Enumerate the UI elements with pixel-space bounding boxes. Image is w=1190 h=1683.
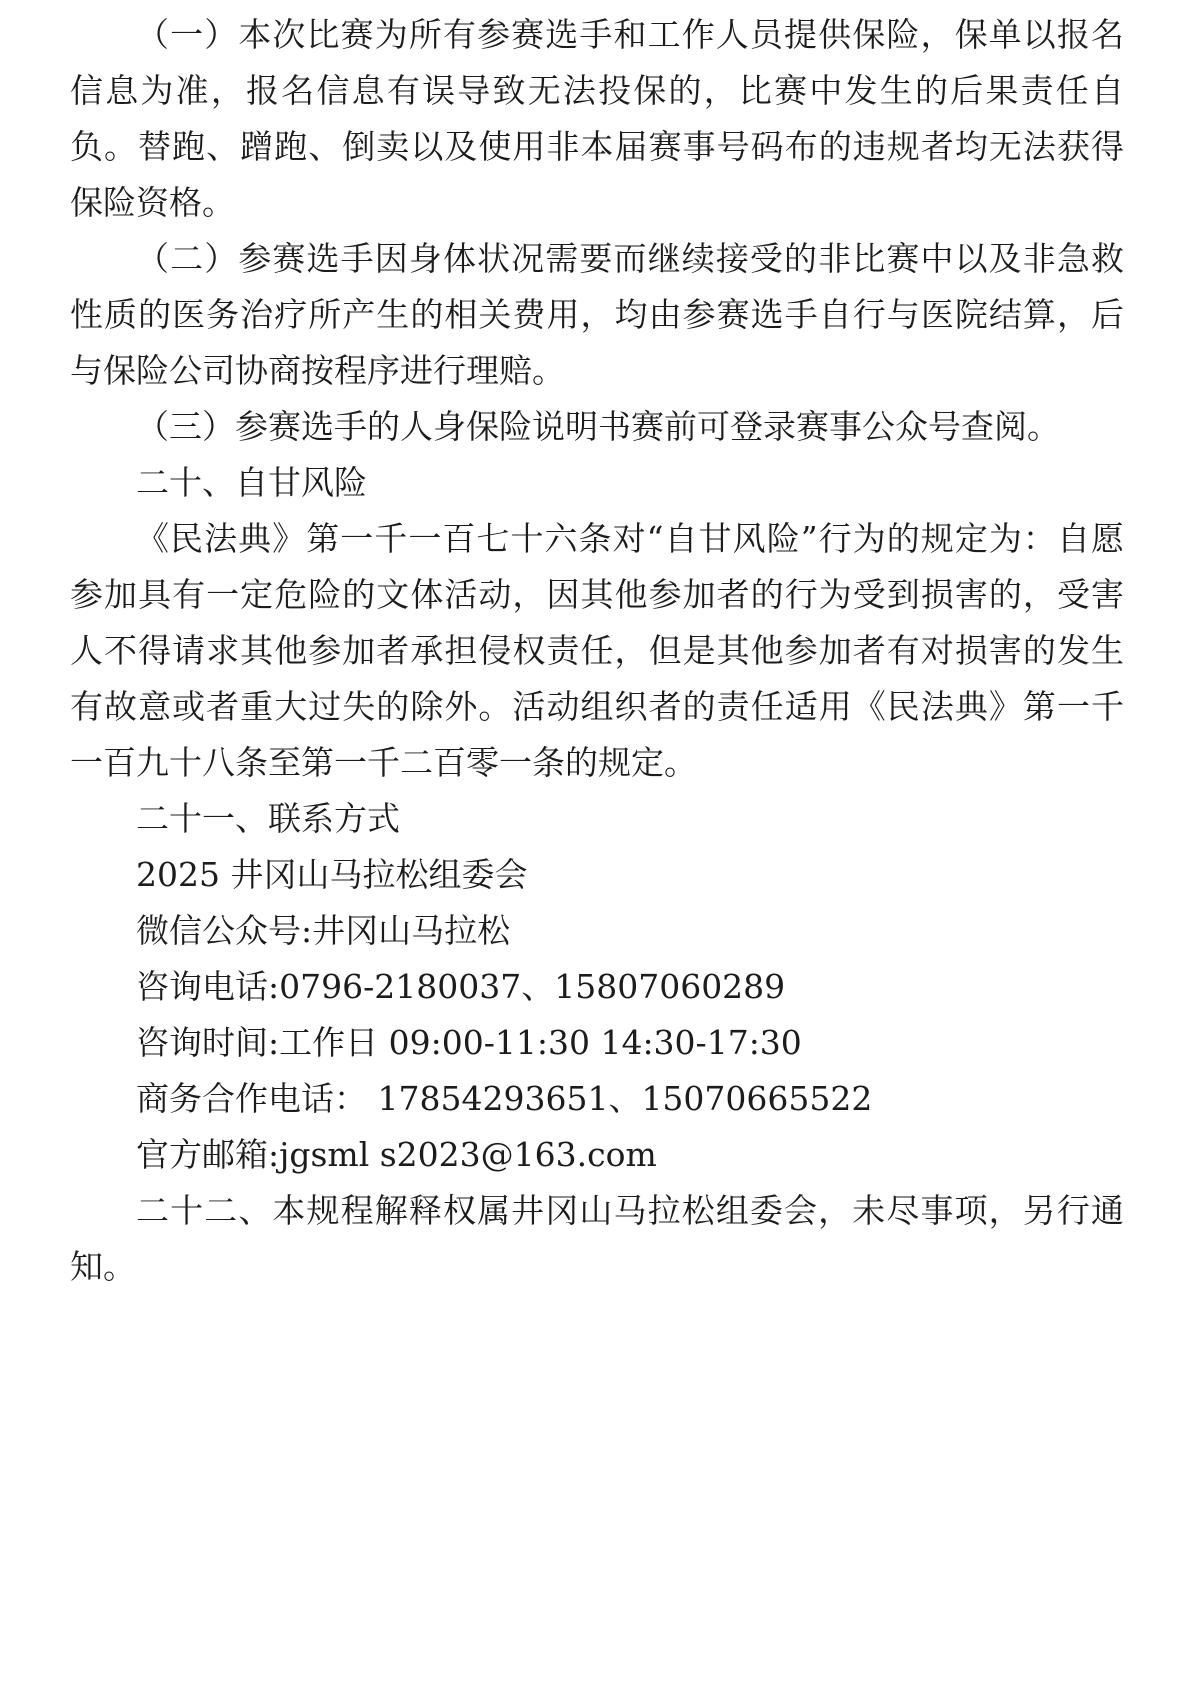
paragraph-insurance-item-2: （二）参赛选手因身体状况需要而继续接受的非比赛中以及非急救性质的医务治疗所产生的… xyxy=(70,231,1124,399)
contact-line-business-phone: 商务合作电话： 17854293651、15070665522 xyxy=(70,1071,1124,1127)
document-page: （一）本次比赛为所有参赛选手和工作人员提供保险，保单以报名信息为准，报名信息有误… xyxy=(0,0,1190,1683)
contact-line-inquiry-hours: 咨询时间:工作日 09:00-11:30 14:30-17:30 xyxy=(70,1015,1124,1071)
paragraph-insurance-item-3: （三）参赛选手的人身保险说明书赛前可登录赛事公众号查阅。 xyxy=(70,399,1124,455)
paragraph-insurance-item-1: （一）本次比赛为所有参赛选手和工作人员提供保险，保单以报名信息为准，报名信息有误… xyxy=(70,7,1124,231)
heading-section-20-self-assumed-risk: 二十、自甘风险 xyxy=(70,455,1124,511)
paragraph-section-22-interpretation-rights: 二十二、本规程解释权属井冈山马拉松组委会，未尽事项，另行通知。 xyxy=(70,1183,1124,1295)
heading-section-21-contact-info: 二十一、联系方式 xyxy=(70,791,1124,847)
paragraph-civil-code-provision: 《民法典》第一千一百七十六条对“自甘风险”行为的规定为：自愿参加具有一定危险的文… xyxy=(70,511,1124,791)
contact-line-organizing-committee: 2025 井冈山马拉松组委会 xyxy=(70,847,1124,903)
contact-line-inquiry-phone: 咨询电话:0796-2180037、15807060289 xyxy=(70,959,1124,1015)
contact-line-official-email: 官方邮箱:jgsml s2023@163.com xyxy=(70,1127,1124,1183)
contact-line-wechat-account: 微信公众号:井冈山马拉松 xyxy=(70,903,1124,959)
